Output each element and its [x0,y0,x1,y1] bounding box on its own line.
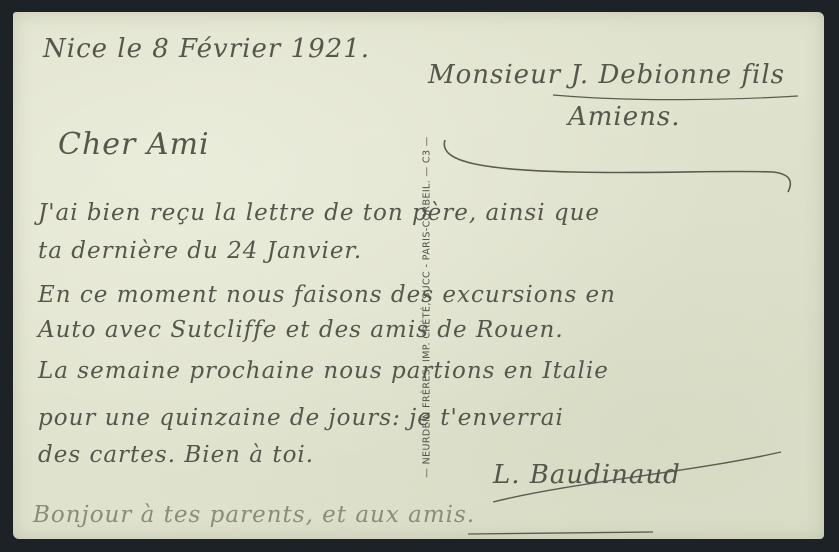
date-line: Nice le 8 Février 1921. [43,34,370,64]
message-line-1: J'ai bien reçu la lettre de ton père, ai… [38,200,600,226]
postscript: Bonjour à tes parents, et aux amis. [33,502,475,528]
signature: L. Baudinaud [493,460,681,490]
postcard-scan: Nice le 8 Février 1921. Monsieur J. Debi… [0,0,839,552]
recipient-name: Monsieur J. Debionne fils [428,60,785,90]
message-line-7: des cartes. Bien à toi. [38,442,314,468]
postcard-back: Nice le 8 Février 1921. Monsieur J. Debi… [13,12,824,539]
message-line-6: pour une quinzaine de jours: je t'enverr… [38,405,564,431]
printer-imprint: — NEURDEIN FRÈRES, IMP. CRÉTÉ, SUCC - PA… [418,107,436,507]
printer-imprint-text: — NEURDEIN FRÈRES, IMP. CRÉTÉ, SUCC - PA… [422,136,433,477]
greeting: Cher Ami [58,127,210,162]
message-line-5: La semaine prochaine nous partions en It… [38,358,609,384]
message-line-3: En ce moment nous faisons des excursions… [38,282,616,308]
message-line-4: Auto avec Sutcliffe et des amis de Rouen… [38,317,564,343]
message-line-2: ta dernière du 24 Janvier. [38,238,362,264]
recipient-city: Amiens. [568,102,681,132]
